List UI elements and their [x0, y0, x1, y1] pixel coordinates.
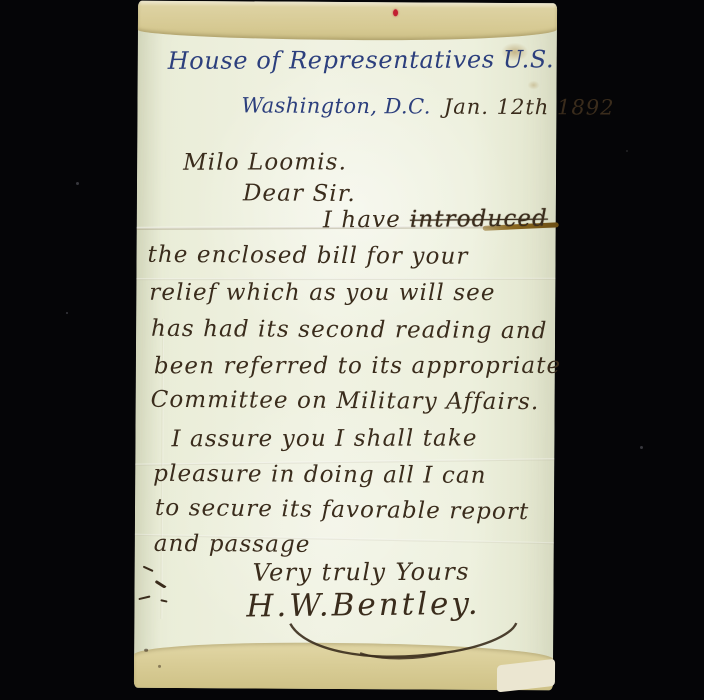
body-line: to secure its favorable report	[155, 497, 530, 524]
handwritten-date: Jan. 12th 1892	[444, 95, 615, 120]
opening-line: I haveintroduced	[323, 208, 548, 233]
ink-speck	[144, 649, 148, 652]
body-line: been referred to its appropriate	[154, 355, 561, 378]
dust-speck	[626, 150, 628, 152]
stray-ink-mark	[138, 595, 150, 600]
photo-background: House of Representatives U.S. Washington…	[0, 0, 704, 700]
letterhead-organization: House of Representatives U.S.	[168, 47, 555, 73]
red-mark	[393, 9, 398, 16]
closing-line: Very truly Yours	[253, 560, 470, 585]
letterhead-place: Washington, D.C.	[241, 93, 431, 118]
opening-struck-word: introduced	[410, 206, 548, 233]
body-line: and passage	[154, 533, 311, 557]
signature: H.W.Bentley.	[246, 589, 481, 623]
recipient-line: Milo Loomis.	[183, 151, 347, 174]
body-line: Committee on Military Affairs.	[151, 389, 540, 414]
dust-speck	[640, 446, 643, 449]
body-line: has had its second reading and	[151, 318, 548, 343]
backing-band-top	[138, 1, 557, 42]
dust-speck	[66, 312, 68, 314]
dust-speck	[76, 182, 79, 185]
stray-ink-mark	[143, 566, 154, 572]
opening-lead: I have	[323, 207, 401, 234]
body-line: I assure you I shall take	[171, 427, 477, 451]
ink-speck	[158, 665, 161, 668]
letterhead-dateline: Washington, D.C.Jan. 12th 1892	[241, 95, 614, 118]
body-line: the enclosed bill for your	[147, 244, 468, 269]
foxing-stain	[526, 79, 542, 91]
body-line: pleasure in doing all I can	[153, 463, 487, 488]
signature-flourish	[276, 620, 526, 670]
letter-sheet: House of Representatives U.S. Washington…	[134, 1, 557, 691]
body-line: relief which as you will see	[149, 282, 495, 305]
salutation-line: Dear Sir.	[243, 182, 356, 206]
